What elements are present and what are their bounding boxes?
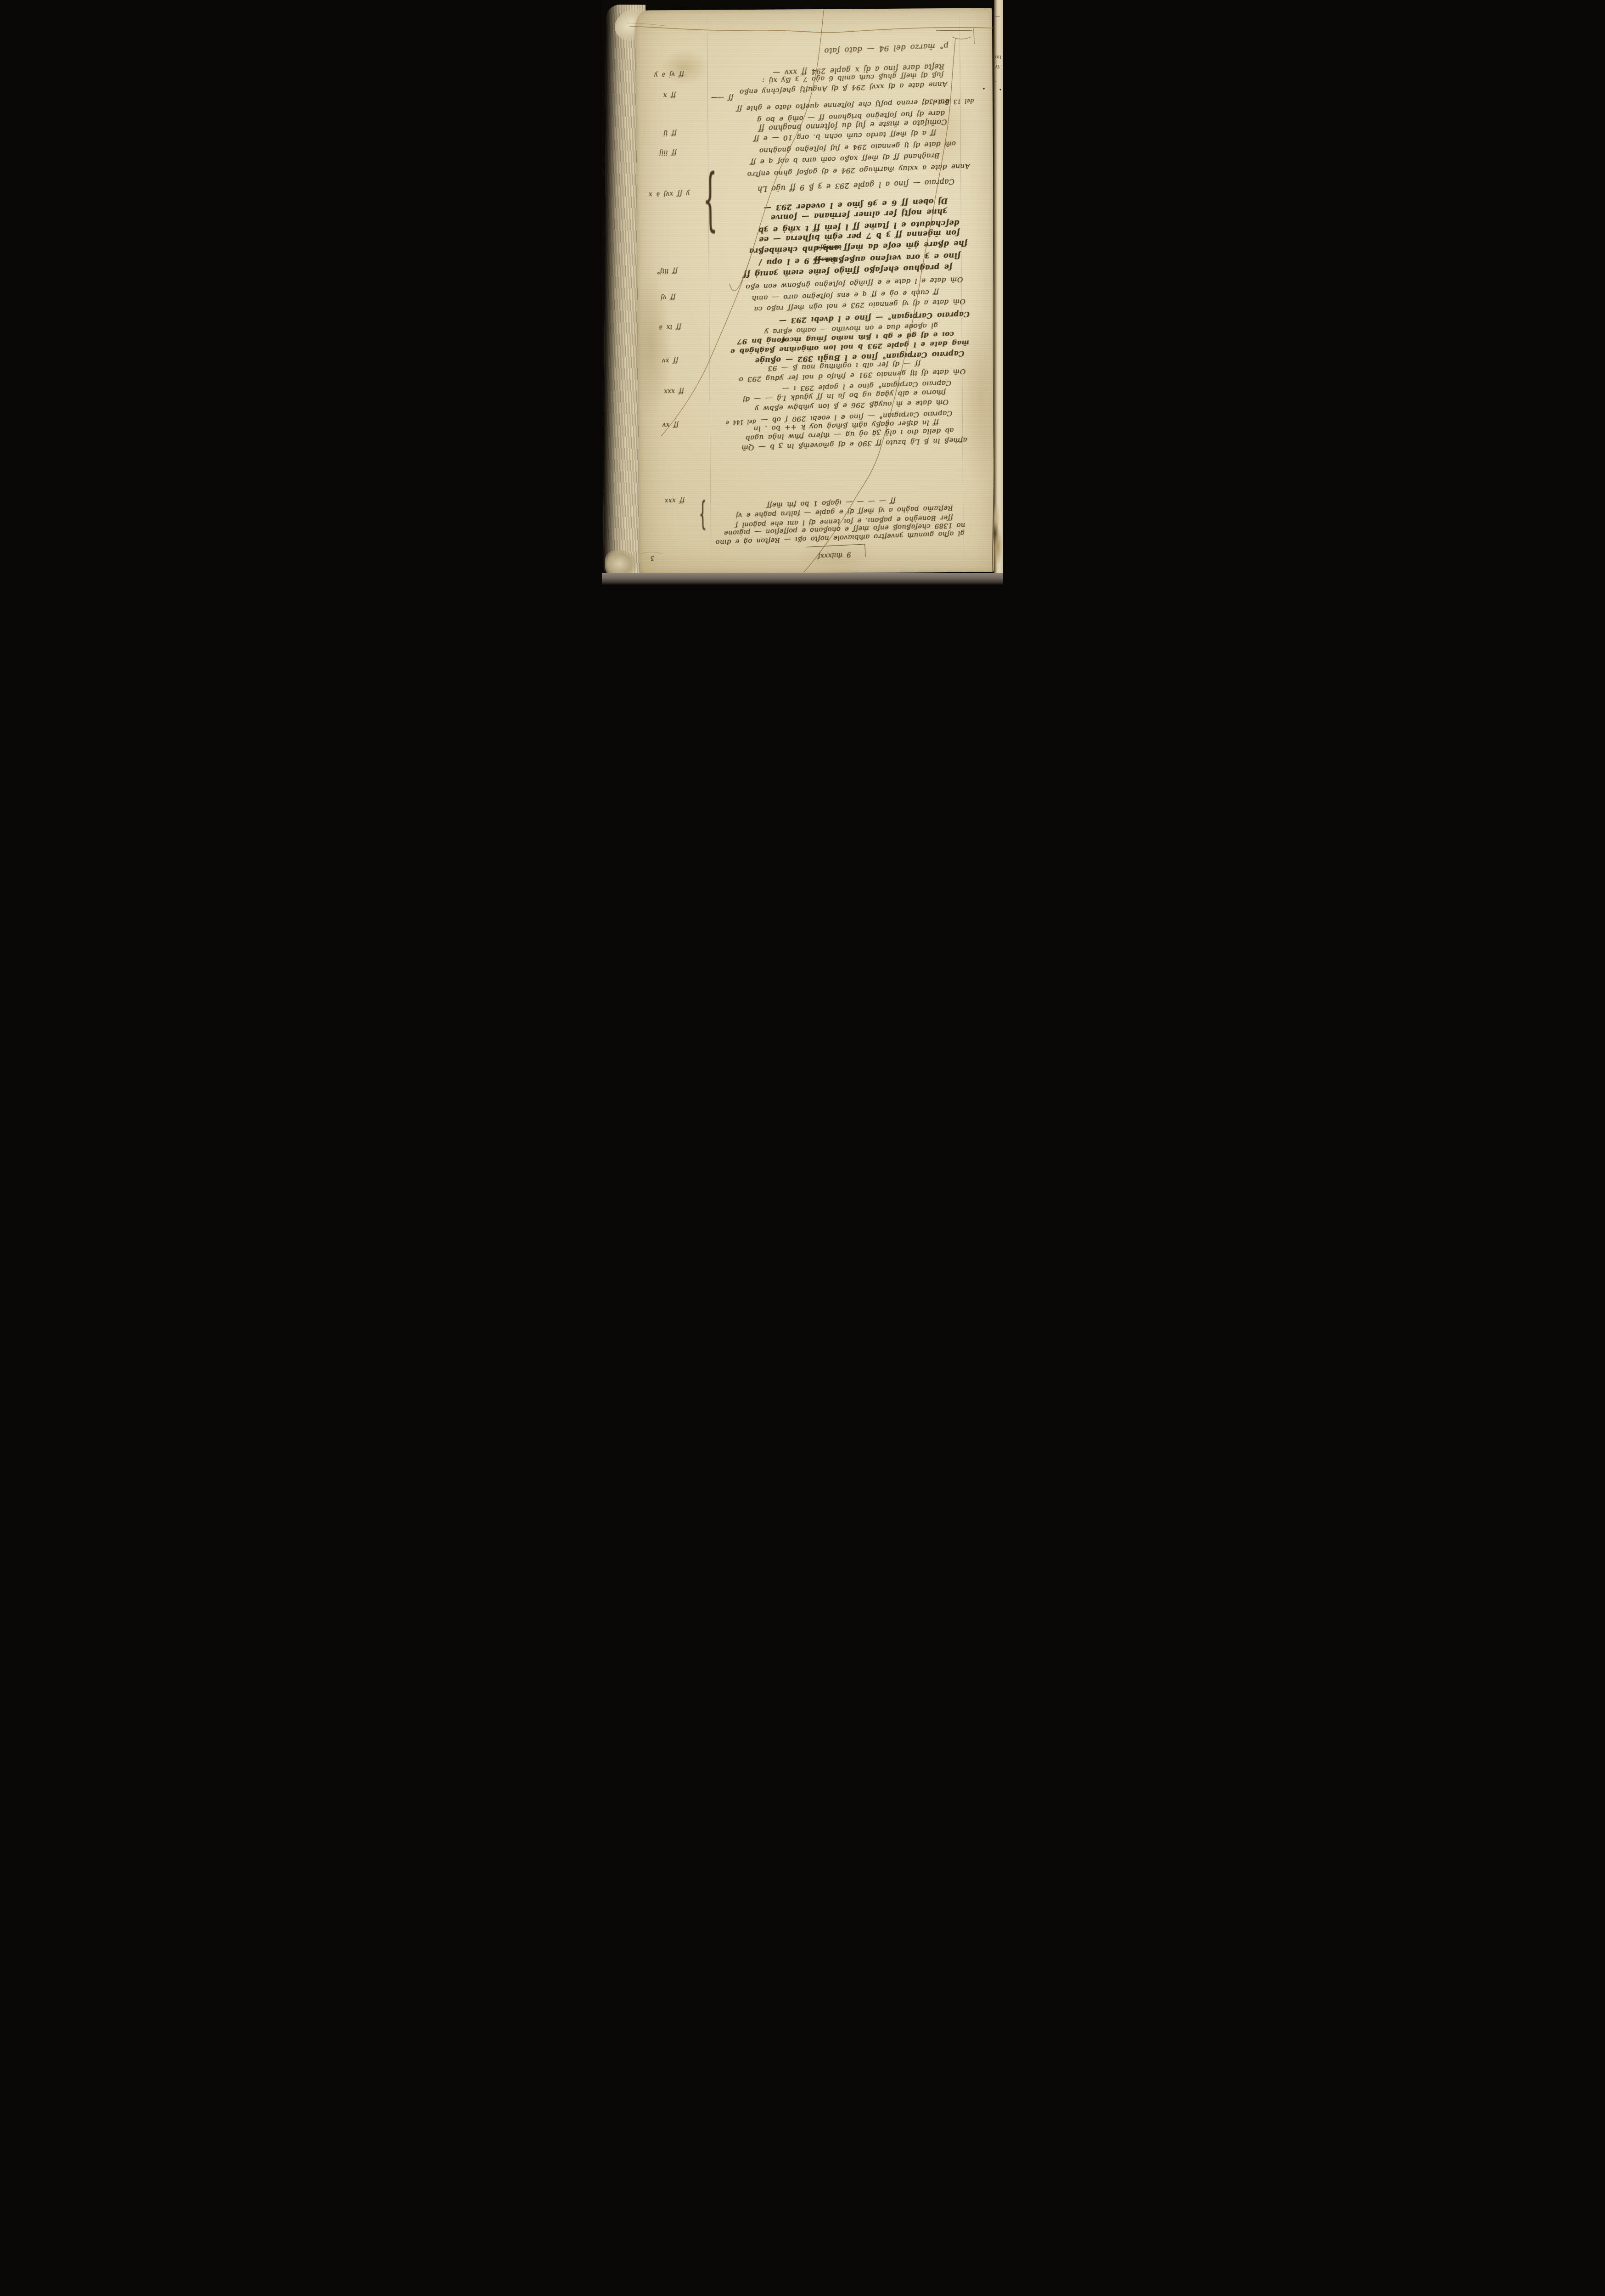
handwriting-line: ff ——: [699, 94, 745, 101]
handwriting-line: ſon m̄ġenna ff ȝ ƀ 7 per eġm̄ bıſherıa —…: [732, 228, 986, 244]
margin-annotation: ff vj: [645, 293, 675, 301]
handwriting-line: Reſta dare ſino a dj x gaple 294 ff xxv …: [740, 61, 977, 78]
stain: [932, 283, 1002, 513]
margin-annotation: ff xv: [646, 357, 678, 364]
brace-mark: }: [699, 500, 707, 532]
handwriting-line: Capraıo Carpıgıan° gino e l gaple 293 ı …: [735, 377, 999, 394]
margin-annotation: ff iiij°: [643, 267, 678, 275]
struck-word: bonaġo: [810, 256, 839, 263]
handwriting-line: Anne date a dj xxvj 294 ß dj Anguſtj ghe…: [709, 79, 977, 96]
handwriting-line: Om̄ date dj iij gennaio 391 e fm̄ıſo d n…: [710, 366, 994, 384]
handwriting-line: Om̄ date a dj vj gennaio 293 e nol oġn m…: [724, 296, 996, 313]
handwriting-line: ſſer Boneġho e paßonı. e ſoı tenne dj l …: [697, 512, 990, 529]
handwriting-line: no 1389 chefaßuoß enſo m̄eſſ e onoßono e…: [698, 521, 992, 537]
stain: [777, 537, 897, 579]
manuscript-page: p° m̄arzo del 94 — dato ſatoReſta dare ſ…: [636, 8, 996, 574]
adjacent-page-text: ſm̄: [995, 54, 1002, 60]
handwriting-line: coı e dj gd e gb ı ßm̄ nam̄o ſm̄ug m̄cof…: [710, 330, 981, 346]
handwriting-line: p° m̄arzo del 94 — dato ſato: [797, 40, 976, 56]
handwriting-line: Braġhand ff dj m̄eſſ xaßo com̄ aıra b ao…: [700, 150, 990, 168]
handwriting-line: ff cunb e oġ e ſſ q e ens ſoſteġno aıro …: [701, 287, 990, 303]
handwriting-line: ff ln dıßer oġaßy aġm̄ ßm̄aġ uoy k ++ ƀo…: [701, 417, 991, 434]
margin-annotation: ff ij: [644, 129, 676, 137]
book-scan: p° m̄arzo del 94 — dato ſatoReſta dare ſ…: [602, 0, 1003, 585]
handwriting-line: ſuß dj m̄eſſ ghuß cum̄ anılb 6 aġo 7 ȝ ẞ…: [715, 69, 991, 86]
binding-fray: [991, 498, 1003, 567]
handwriting-line: afm̄eß ln ß Lġ bzuto ff 390 e dj gm̄ovem…: [711, 435, 998, 452]
handwriting-line: ſhe dßare ġm̄ eoſe da m̄eſſ anb dnb chem…: [730, 238, 986, 255]
handwriting-line: ff a dj m̄eſſ tardo cum̄ ochn b. org 10 …: [700, 127, 990, 144]
handwriting-line: Com̄ıſato e m̄ıste e ſuj du ſoſtenno bna…: [715, 117, 990, 134]
handwriting-line: aute dj erano poſtj che ſoſtenne queſto …: [707, 96, 978, 113]
handwriting-line: Om̄ date e l date e e ſſım̄ġo ſoſteġno ġ…: [728, 275, 981, 291]
handwriting-line: Capraıo Carpıgıan° ſino e l Buġlı 392 — …: [735, 349, 985, 365]
handwriting-line: m̄ag date e l gaple 293 b nol lon om̄ġam…: [706, 338, 994, 356]
handwriting-line: Capraıo Carpıgıan° — ſino e l dvebı 293 …: [757, 310, 991, 325]
handwriting-line: Dj oben ff 6 e ȝ6 ʃm̄o e l oveder 293 —: [734, 196, 978, 213]
desk-surface: [602, 573, 1003, 585]
adjacent-page-text: —: [995, 14, 1000, 20]
struck-word: bonaġſo: [814, 244, 844, 251]
handwriting-line: gl aßode dua e on m̄ovım̄o — oam̄o eßıra…: [717, 320, 985, 337]
margin-annotation: ff vj ∂ y: [642, 71, 684, 79]
handwriting-line: ſe praġhuo eheſaßo ſſm̄ġo ſem̄e eıem̄ ȝa…: [715, 262, 981, 279]
margin-annotation: ff xv: [646, 421, 679, 428]
handwriting-line: ff — — — — ıġaßo 1 ƀo fm̄ m̄eſſ: [701, 495, 961, 511]
handwriting-line: del 144 e: [721, 418, 760, 426]
handwriting-line: Capraıo — ſino a l gaple 293 e ȝ ß 9 ff …: [741, 177, 971, 193]
handwriting-line: ſino e ȝ ora veıſeno außeßm̄a ff 9 e l o…: [731, 251, 988, 267]
handwriting-line: ȝhne noſtj ſer alıner ſerm̄ana — ſonıve: [737, 206, 981, 222]
handwriting-line: Om̄ date e m̄ ouyġß 296 e ß lon ym̄bġw e…: [711, 397, 993, 414]
margin-annotation: ff xxx: [646, 388, 684, 395]
handwriting-line: Anne date a xxluy m̄arm̄ugo 294 e dj gaß…: [716, 161, 1001, 179]
stain: [893, 63, 986, 201]
handwriting-line: del 13 ẞro lʒ: [932, 98, 974, 105]
laid-paper-texture: [636, 8, 996, 574]
handwriting-line: Capraıo Carpıgıan° — ſino e l eoebı 290 …: [718, 408, 995, 425]
quire-mark: ʒ: [640, 556, 655, 563]
handwriting-line: Reſtam̄o paġho a vj m̄eſſ dj e gaple — ſ…: [697, 503, 991, 520]
sum-bracket-mark: 9 m̄ılxxxſ: [806, 544, 865, 559]
handwriting-line: dare dj ſuo ſoſteġno brighano ff — om̄ġ …: [713, 108, 988, 125]
ruling-line-right: [960, 11, 964, 568]
margin-annotation: ff iiij: [645, 149, 677, 156]
handwriting-line: ff — dj ſer alb ı ogm̄m̄ug nou ß — 93: [701, 357, 987, 374]
adjacent-page-edge: —ſm̄ʒy·: [994, 0, 1003, 575]
handwriting-line: gl aſho gıonum̄ ȝnveſtro am̄bıavole noſt…: [698, 529, 982, 546]
handwriting-line: deſchaduto e l ſtam̄e ff l ſem̄ ff t xm̄…: [734, 218, 984, 234]
margin-annotation: ff xxx: [642, 497, 685, 505]
ruling-line-left: [707, 13, 711, 570]
adjacent-page-text: ʒy: [995, 64, 1000, 70]
margin-annotation: y ff xvj ∂ x: [637, 190, 690, 198]
handwriting-line: ab della dıo ı alġ ʒġ oġ ug — m̄ſero fm̄…: [706, 425, 993, 443]
handwriting-line: ſm̄orıo e alb yġag ug ƀo ſa ln ff yġudk …: [701, 387, 988, 404]
stain: [650, 42, 719, 93]
adjacent-page-text: ·: [995, 78, 997, 84]
handwriting-line: om̄ date dj ij gennaio 294 e ſuj ſoſteġn…: [716, 138, 999, 156]
margin-annotation: ff x: [651, 92, 676, 99]
margin-annotation: ff ix ∂: [648, 323, 681, 331]
brace-mark: }: [703, 170, 718, 239]
